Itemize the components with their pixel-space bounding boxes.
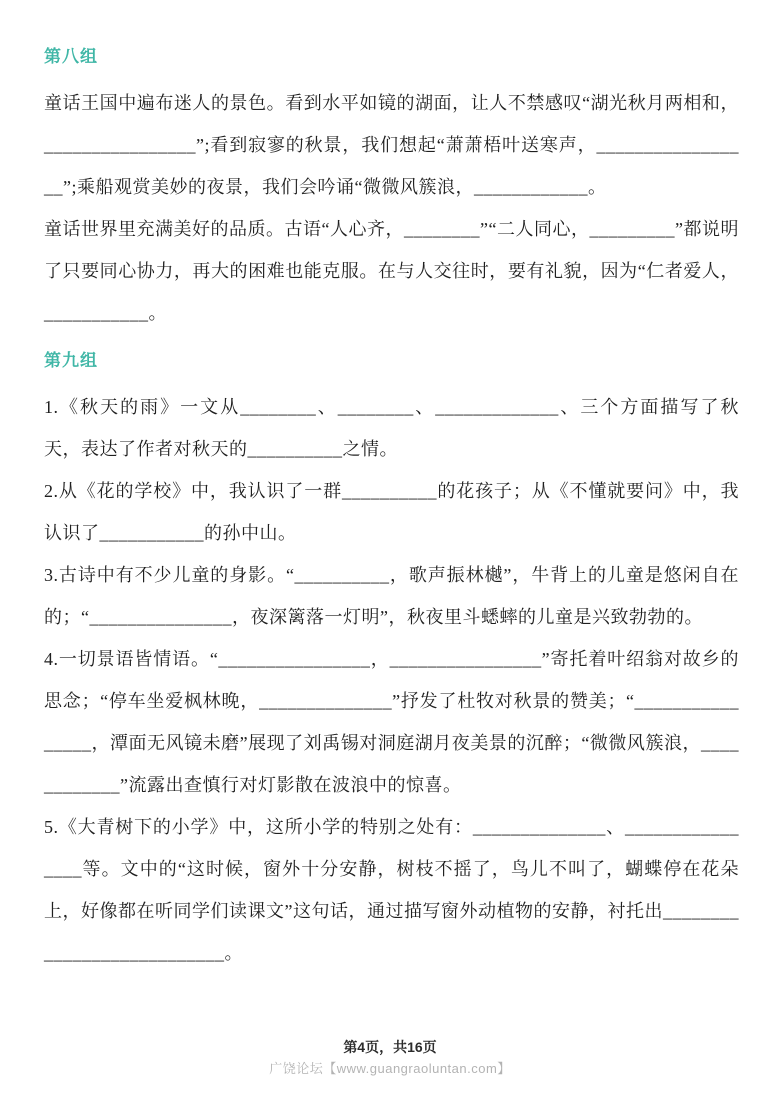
question-3-children-in-poems: 3.古诗中有不少儿童的身影。“__________，歌声振林樾”，牛背上的儿童是… [44,554,739,638]
paragraph-scenery-fill-blanks: 童话王国中遍布迷人的景色。看到水平如镜的湖面，让人不禁感叹“湖光秋月两相和，__… [44,82,739,208]
worksheet-page: 第八组 童话王国中遍布迷人的景色。看到水平如镜的湖面，让人不禁感叹“湖光秋月两相… [0,0,780,1103]
section-title-group-8: 第八组 [44,46,739,69]
question-5-school-under-banyan: 5.《大青树下的小学》中，这所小学的特别之处有：______________、_… [44,806,739,974]
page-footer: 第4页，共16页 广饶论坛【www.guangraoluntan.com】 [0,1038,780,1078]
section-group-8: 第八组 童话王国中遍布迷人的景色。看到水平如镜的湖面，让人不禁感叹“湖光秋月两相… [44,46,739,334]
question-4-scenery-emotion-poems: 4.一切景语皆情语。“________________，____________… [44,638,739,806]
section-title-group-9: 第九组 [44,350,739,373]
question-2-flower-school: 2.从《花的学校》中，我认识了一群__________的花孩子；从《不懂就要问》… [44,470,739,554]
page-number: 第4页，共16页 [0,1038,780,1056]
watermark-text: 广饶论坛【www.guangraoluntan.com】 [0,1061,780,1078]
paragraph-virtue-fill-blanks: 童话世界里充满美好的品质。古语“人心齐，________”“二人同心，_____… [44,208,739,334]
section-group-9: 第九组 1.《秋天的雨》一文从________、________、_______… [44,350,739,974]
question-1-autumn-rain: 1.《秋天的雨》一文从________、________、___________… [44,386,739,470]
